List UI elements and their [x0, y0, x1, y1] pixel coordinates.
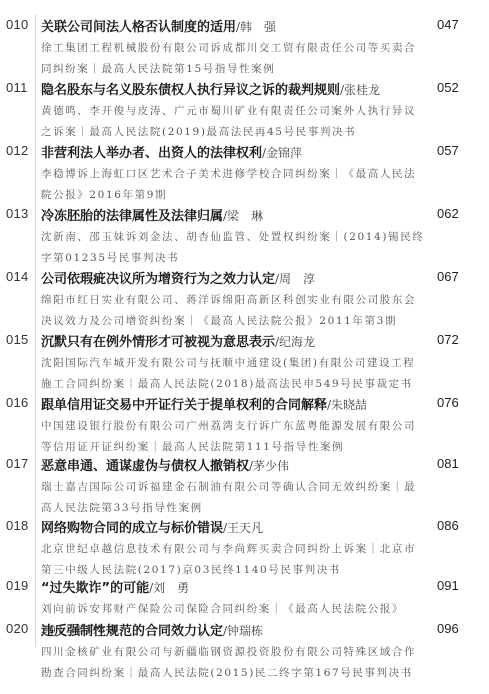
entry-title[interactable]: 关联公司间法人格否认制度的适用/韩 强: [41, 16, 276, 35]
entry-title[interactable]: 隐名股东与名义股东债权人执行异议之诉的裁判规则/张桂龙: [41, 79, 380, 98]
entry-number: 013: [6, 206, 29, 221]
title-text: “过失欺诈”的可能: [41, 581, 149, 596]
entry-author: /金锦萍: [262, 146, 302, 160]
entry-title[interactable]: 网络购物合同的成立与标价错误/王天凡: [41, 517, 263, 536]
entry-author: /周 淳: [275, 272, 315, 286]
entry-number: 020: [6, 621, 29, 636]
entry-page-number: 096: [437, 621, 459, 636]
entry-author: /韩 强: [236, 20, 276, 34]
entry-title[interactable]: 冷冻胚胎的法律属性及法律归属/梁 琳: [41, 205, 263, 224]
entry-author: /王天凡: [223, 521, 263, 535]
entry-case-description: 李稳博诉上海虹口区艺术合子美术进修学校合同纠纷案｜《最高人民法院公报》2016年…: [41, 164, 426, 206]
entry-number: 011: [6, 80, 28, 95]
entry-number: 012: [6, 143, 29, 158]
title-text: 违反强制性规范的合同效力认定: [41, 624, 223, 639]
entry-title[interactable]: 违反强制性规范的合同效力认定/钟瑞栋: [41, 620, 263, 639]
entry-page-number: 062: [437, 206, 459, 221]
title-text: 网络购物合同的成立与标价错误: [41, 521, 223, 536]
entry-number: 018: [6, 518, 29, 533]
entry-number: 014: [6, 269, 29, 284]
entry-number: 019: [6, 578, 29, 593]
entry-author: /刘 勇: [149, 581, 189, 595]
entry-title[interactable]: 沉默只有在例外情形才可被视为意思表示/纪海龙: [41, 331, 315, 350]
entry-number: 017: [6, 456, 29, 471]
entry-author: /朱晓喆: [327, 398, 367, 412]
entry-author: /钟瑞栋: [223, 624, 263, 638]
entry-page-number: 072: [437, 332, 459, 347]
entry-author: /纪海龙: [275, 335, 315, 349]
title-text: 冷冻胚胎的法律属性及法律归属: [41, 209, 223, 224]
entry-title[interactable]: 公司依瑕疵决议所为增资行为之效力认定/周 淳: [41, 268, 315, 287]
entry-author: /茅少伟: [249, 459, 289, 473]
title-text: 隐名股东与名义股东债权人执行异议之诉的裁判规则: [41, 83, 340, 98]
entry-case-description: 徐工集团工程机械股份有限公司诉成都川交工贸有限责任公司等买卖合同纠纷案｜最高人民…: [41, 38, 426, 80]
entry-page-number: 076: [437, 395, 459, 410]
title-text: 沉默只有在例外情形才可被视为意思表示: [41, 335, 275, 350]
entry-page-number: 067: [437, 269, 459, 284]
title-text: 跟单信用证交易中开证行关于提单权利的合同解释: [41, 398, 327, 413]
entry-author: /梁 琳: [223, 209, 263, 223]
entry-case-description: 中国建设银行股份有限公司广州荔湾支行诉广东蓝粤能源发展有限公司等信用证开证纠纷案…: [41, 416, 426, 458]
entry-page-number: 057: [437, 143, 459, 158]
entry-title[interactable]: 恶意串通、通谋虚伪与债权人撤销权/茅少伟: [41, 455, 289, 474]
entry-page-number: 052: [437, 80, 459, 95]
entry-case-description: 北京世纪卓越信息技术有限公司与李尚辉买卖合同纠纷上诉案｜北京市第三中级人民法院(…: [41, 539, 426, 581]
title-text: 公司依瑕疵决议所为增资行为之效力认定: [41, 272, 275, 287]
entry-page-number: 081: [437, 456, 459, 471]
entry-case-description: 黄德鸣、李开俊与皮涛、广元市蜀川矿业有限责任公司案外人执行异议之诉案｜最高人民法…: [41, 101, 426, 143]
entry-case-description: 沈新南、邵玉妹诉刘金法、胡杏仙监管、处置权纠纷案｜(2014)锡民终字第0123…: [41, 227, 426, 269]
vertical-divider: [35, 14, 36, 647]
entry-number: 010: [6, 17, 29, 32]
entry-case-description: 瑞士嘉吉国际公司诉福建金石制油有限公司等确认合同无效纠纷案｜最高人民法院第33号…: [41, 477, 426, 519]
entry-case-description: 沈阳国际汽车城开发有限公司与抚顺中通建设(集团)有限公司建设工程施工合同纠纷案｜…: [41, 353, 426, 395]
entry-case-description: 绵阳市红日实业有限公司、蒋洋诉绵阳高新区科创实业有限公司股东会决议效力及公司增资…: [41, 290, 426, 332]
title-text: 关联公司间法人格否认制度的适用: [41, 20, 236, 35]
entry-page-number: 086: [437, 518, 459, 533]
entry-title[interactable]: “过失欺诈”的可能/刘 勇: [41, 577, 189, 596]
title-text: 非营利法人举办者、出资人的法律权利: [41, 146, 262, 161]
entry-page-number: 091: [437, 578, 459, 593]
entry-number: 016: [6, 395, 29, 410]
entry-title[interactable]: 跟单信用证交易中开证行关于提单权利的合同解释/朱晓喆: [41, 394, 367, 413]
entry-number: 015: [6, 332, 29, 347]
entry-case-description: 四川金核矿业有限公司与新疆临钢资源投资股份有限公司特殊区域合作勘查合同纠纷案｜最…: [41, 642, 426, 684]
title-text: 恶意串通、通谋虚伪与债权人撤销权: [41, 459, 249, 474]
entry-page-number: 047: [437, 17, 459, 32]
entry-author: /张桂龙: [340, 83, 380, 97]
entry-title[interactable]: 非营利法人举办者、出资人的法律权利/金锦萍: [41, 142, 302, 161]
